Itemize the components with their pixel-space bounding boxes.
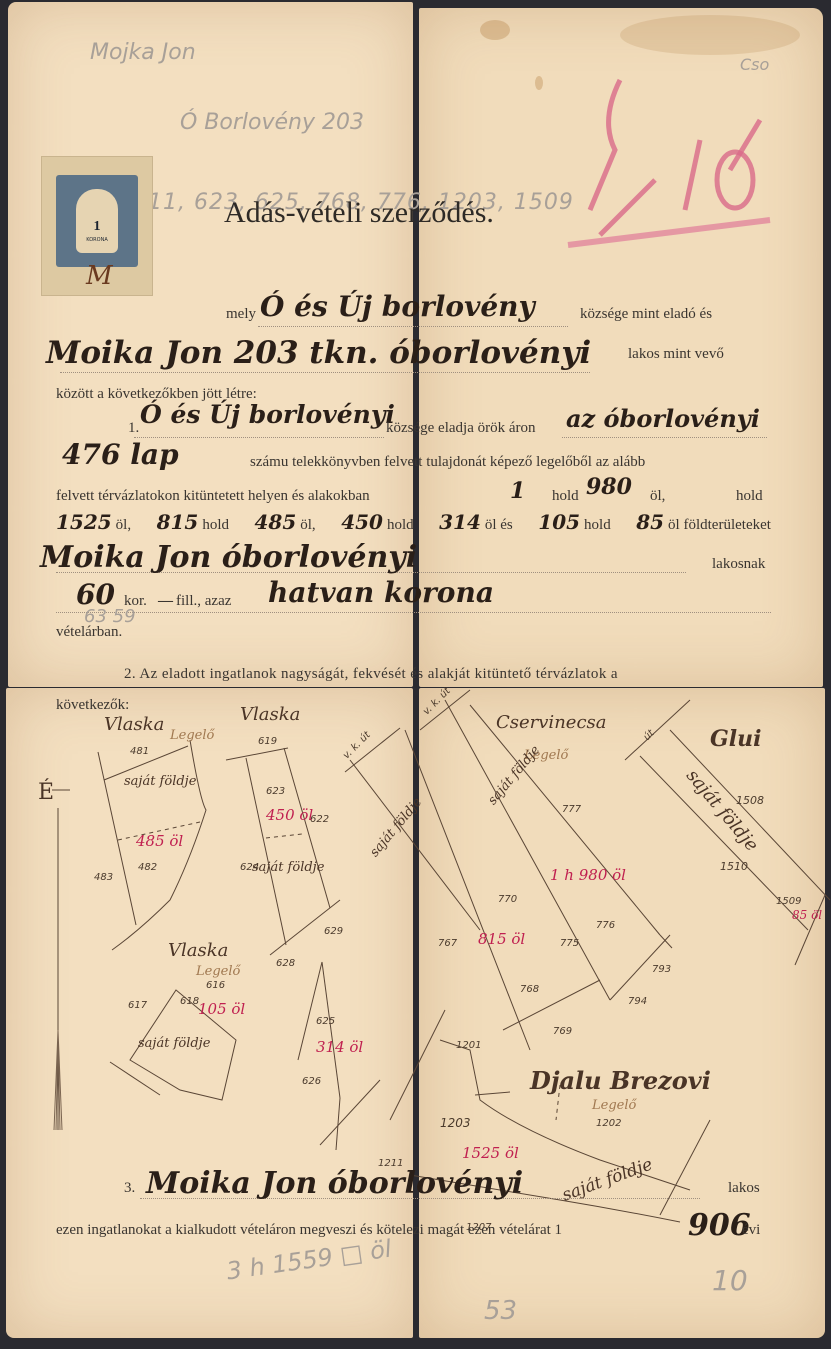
red-area: 314 öl [316,1038,363,1056]
parcel-number: 767 [438,938,457,949]
pasture-label: Legelő [170,728,214,743]
parcel-number: 618 [180,996,199,1007]
parcel-number: 769 [553,1026,572,1037]
parcel-number: 625 [316,1016,335,1027]
parcel-number: 616 [206,980,225,991]
parcel-number: 1202 [596,1118,621,1129]
pencil-page: 10 [712,1264,748,1297]
red-area: 815 öl [478,930,525,948]
parcel-number: 770 [498,894,517,905]
place-glui: Glui [710,726,762,752]
parcel-number: 794 [628,996,647,1007]
year-suffix: évi [742,1222,760,1239]
land-map-drawing [0,0,831,1349]
red-area: 485 öl [136,832,183,850]
place-vlaska-2: Vlaska [240,704,300,725]
paragraph3-buyer: Moika Jon óborlovényi [146,1166,523,1201]
place-cservinecsa: Cservinecsa [496,712,607,733]
parcel-number: 775 [560,938,579,949]
parcel-number: 1508 [736,794,764,807]
parcel-number: 629 [324,926,343,937]
red-area: 1 h 980 öl [550,866,626,884]
compass-north: É [38,780,54,805]
parcel-number: 1510 [720,860,748,873]
paragraph3-text: ezen ingatlanokat a kialkudott vételáron… [56,1222,562,1239]
red-area: 1525 öl [462,1144,519,1162]
parcel-number: 768 [520,984,539,995]
parcel-number: 628 [276,958,295,969]
red-area: 85 öl [792,908,822,922]
parcel-number: 1203 [440,1116,471,1130]
parcel-number: 619 [258,736,277,747]
place-vlaska-1: Vlaska [104,714,164,735]
parcel-number: 1201 [456,1040,481,1051]
parcel-number: 617 [128,1000,147,1011]
parcel-number: 482 [138,862,157,873]
pasture-label: Legelő [196,964,240,979]
pencil-number: 53 [484,1296,517,1326]
place-vlaska-3: Vlaska [168,940,228,961]
pasture-label: Legelő [592,1098,636,1113]
parcel-number: 481 [130,746,149,757]
own-land-label: saját földje [252,860,324,875]
parcel-number: 777 [562,804,581,815]
paragraph3-number: 3. [124,1180,135,1197]
own-land-label: saját földje [124,774,196,789]
parcel-number: 483 [94,872,113,883]
parcel-number: 1509 [776,896,801,907]
parcel-number: 793 [652,964,671,975]
place-djalu-brezovi: Djalu Brezovi [530,1066,711,1095]
red-area: 105 öl [198,1000,245,1018]
parcel-number: 776 [596,920,615,931]
paragraph3-suffix: lakos [728,1180,760,1197]
own-land-label: saját földje [138,1036,210,1051]
parcel-number: 624 [240,862,259,873]
parcel-number: 623 [266,786,285,797]
red-area: 450 öl [266,806,313,824]
parcel-number: 626 [302,1076,321,1087]
